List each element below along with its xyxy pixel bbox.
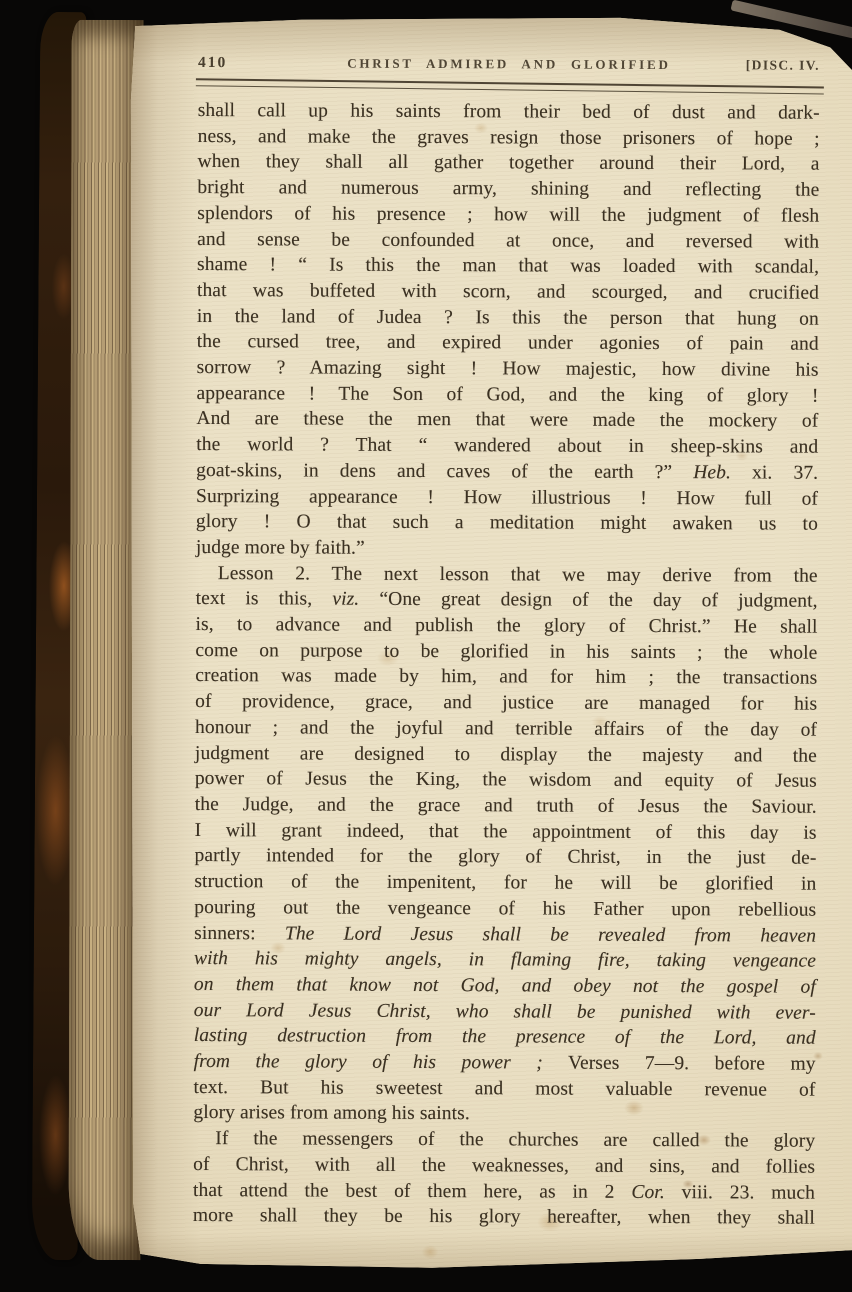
text-line: judgment are designed to display the maj… [195,741,817,769]
text-line: Lesson 2. The next lesson that we may de… [196,561,818,589]
page-number: 410 [198,54,347,73]
text-segment: is, to advance and publish the glory of … [195,614,817,638]
text-line: text is this, viz. “One great design of … [196,586,818,614]
text-segment: honour ; and the joyful and terrible aff… [195,717,817,741]
header-rule [196,78,824,94]
text-segment: glory arises from among his saints. [193,1102,470,1124]
text-segment: sinners: [194,922,285,943]
text-segment: And are these the men that were made the… [196,408,818,432]
text-line: sorrow ? Amazing sight ! How majestic, h… [197,355,819,383]
text-segment: that was buffeted with scorn, and scourg… [197,280,819,304]
text-line: that attend the best of them here, as in… [193,1178,815,1206]
italic-text-segment: from the glory of his power ; [194,1051,543,1074]
text-line: that was buffeted with scorn, and scourg… [197,278,819,306]
text-segment: glory ! O that such a meditation might a… [196,511,818,535]
text-line: of providence, grace, and justice are ma… [195,689,817,717]
text-segment: “One great design of the day of judgment… [359,589,817,612]
text-segment: in the land of Judea ? Is this the perso… [197,306,819,330]
italic-text-segment: Heb. [693,462,731,483]
book-photo: 410 CHRIST ADMIRED AND GLORIFIED [DISC. … [0,0,852,1292]
text-line: power of Jesus the King, the wisdom and … [195,766,817,794]
text-segment: If the messengers of the churches are ca… [215,1128,815,1152]
text-segment: of providence, grace, and justice are ma… [195,691,817,715]
text-segment: creation was made by him, and for him ; … [195,665,817,689]
text-segment: when they shall all gather together arou… [197,151,819,175]
text-segment: Verses 7—9. before my [543,1053,816,1075]
text-segment: come on purpose to be glorified in his s… [195,640,817,664]
text-line: goat-skins, in dens and caves of the ear… [196,458,818,486]
text-segment: the world ? That “ wandered about in she… [196,434,818,458]
text-line: text. But his sweetest and most valuable… [193,1075,815,1103]
text-segment: struction of the impenitent, for he will… [194,871,816,895]
text-segment: the Judge, and the grace and truth of Je… [195,794,817,818]
text-line: honour ; and the joyful and terrible aff… [195,715,817,743]
text-segment: judge more by faith.” [196,537,365,559]
text-segment: text is this, [196,588,333,610]
text-line: and sense be confounded at once, and rev… [197,227,819,255]
text-line: with his mighty angels, in flaming fire,… [194,946,816,974]
italic-text-segment: with his mighty angels, in flaming fire,… [194,948,816,972]
text-segment: viii. 23. much [665,1182,815,1204]
text-line: on them that know not God, and obey not … [194,972,816,1000]
italic-text-segment: on them that know not God, and obey not … [194,974,816,998]
text-line: sinners: The Lord Jesus shall be reveale… [194,920,816,948]
text-line: when they shall all gather together arou… [197,149,819,177]
text-segment: pouring out the vengeance of his Father … [194,897,816,921]
text-segment: shame ! “ Is this the man that was loade… [197,254,819,278]
text-segment: text. But his sweetest and most valuable… [193,1077,815,1101]
text-line: is, to advance and publish the glory of … [195,612,817,640]
text-segment: of Christ, with all the weaknesses, and … [193,1154,815,1178]
book-page: 410 CHRIST ADMIRED AND GLORIFIED [DISC. … [128,16,852,1274]
text-line: ness, and make the graves resign those p… [198,124,820,152]
text-segment: more shall they be his glory hereafter, … [193,1205,815,1229]
text-segment: ness, and make the graves resign those p… [198,126,820,150]
text-line: glory arises from among his saints. [193,1100,815,1128]
text-line: appearance ! The Son of God, and the kin… [196,381,818,409]
text-segment: judgment are designed to display the maj… [195,743,817,767]
text-segment: that attend the best of them here, as in… [193,1180,631,1203]
text-line: lasting destruction from the presence of… [194,1023,816,1051]
text-line: come on purpose to be glorified in his s… [195,638,817,666]
text-segment: the cursed tree, and expired under agoni… [197,331,819,355]
text-line: struction of the impenitent, for he will… [194,869,816,897]
text-line: bright and numerous army, shining and re… [197,175,819,203]
text-segment: power of Jesus the King, the wisdom and … [195,768,817,792]
text-line: our Lord Jesus Christ, who shall be puni… [194,998,816,1026]
text-segment: bright and numerous army, shining and re… [197,177,819,201]
page-header: 410 CHRIST ADMIRED AND GLORIFIED [DISC. … [198,54,820,79]
text-line: splendors of his presence ; how will the… [197,201,819,229]
text-line: from the glory of his power ; Verses 7—9… [194,1049,816,1077]
text-segment: goat-skins, in dens and caves of the ear… [196,460,693,483]
text-line: the cursed tree, and expired under agoni… [197,329,819,357]
text-segment: and sense be confounded at once, and rev… [197,229,819,253]
text-line: the world ? That “ wandered about in she… [196,432,818,460]
text-segment: xi. 37. [731,462,818,483]
text-segment: appearance ! The Son of God, and the kin… [196,383,818,407]
text-line: more shall they be his glory hereafter, … [193,1203,815,1231]
text-line: And are these the men that were made the… [196,406,818,434]
text-line: Surprizing appearance ! How illustrious … [196,484,818,512]
text-segment: splendors of his presence ; how will the… [197,203,819,227]
italic-text-segment: our Lord Jesus Christ, who shall be puni… [194,1000,816,1024]
text-line: in the land of Judea ? Is this the perso… [197,304,819,332]
text-line: shall call up his saints from their bed … [198,98,820,126]
section-label: [DISC. IV. [746,57,820,73]
text-segment: shall call up his saints from their bed … [198,100,820,124]
text-line: of Christ, with all the weaknesses, and … [193,1152,815,1180]
text-line: the Judge, and the grace and truth of Je… [195,792,817,820]
text-line: pouring out the vengeance of his Father … [194,895,816,923]
text-segment: I will grant indeed, that the appointmen… [195,820,817,844]
text-line: shame ! “ Is this the man that was loade… [197,252,819,280]
text-line: I will grant indeed, that the appointmen… [195,818,817,846]
running-title: CHRIST ADMIRED AND GLORIFIED [347,56,671,73]
italic-text-segment: The Lord Jesus shall be revealed from he… [285,923,816,946]
body-text: shall call up his saints from their bed … [193,98,820,1232]
italic-text-segment: viz. [332,589,359,610]
text-line: partly intended for the glory of Christ,… [194,843,816,871]
text-line: creation was made by him, and for him ; … [195,663,817,691]
page-content: 410 CHRIST ADMIRED AND GLORIFIED [DISC. … [193,54,820,1232]
text-segment: Lesson 2. The next lesson that we may de… [218,563,818,587]
text-line: judge more by faith.” [196,535,818,563]
text-segment: sorrow ? Amazing sight ! How majestic, h… [197,357,819,381]
text-line: glory ! O that such a meditation might a… [196,509,818,537]
italic-text-segment: Cor. [631,1181,665,1202]
italic-text-segment: lasting destruction from the presence of… [194,1025,816,1049]
text-segment: Surprizing appearance ! How illustrious … [196,486,818,510]
text-line: If the messengers of the churches are ca… [193,1126,815,1154]
text-segment: partly intended for the glory of Christ,… [194,845,816,869]
